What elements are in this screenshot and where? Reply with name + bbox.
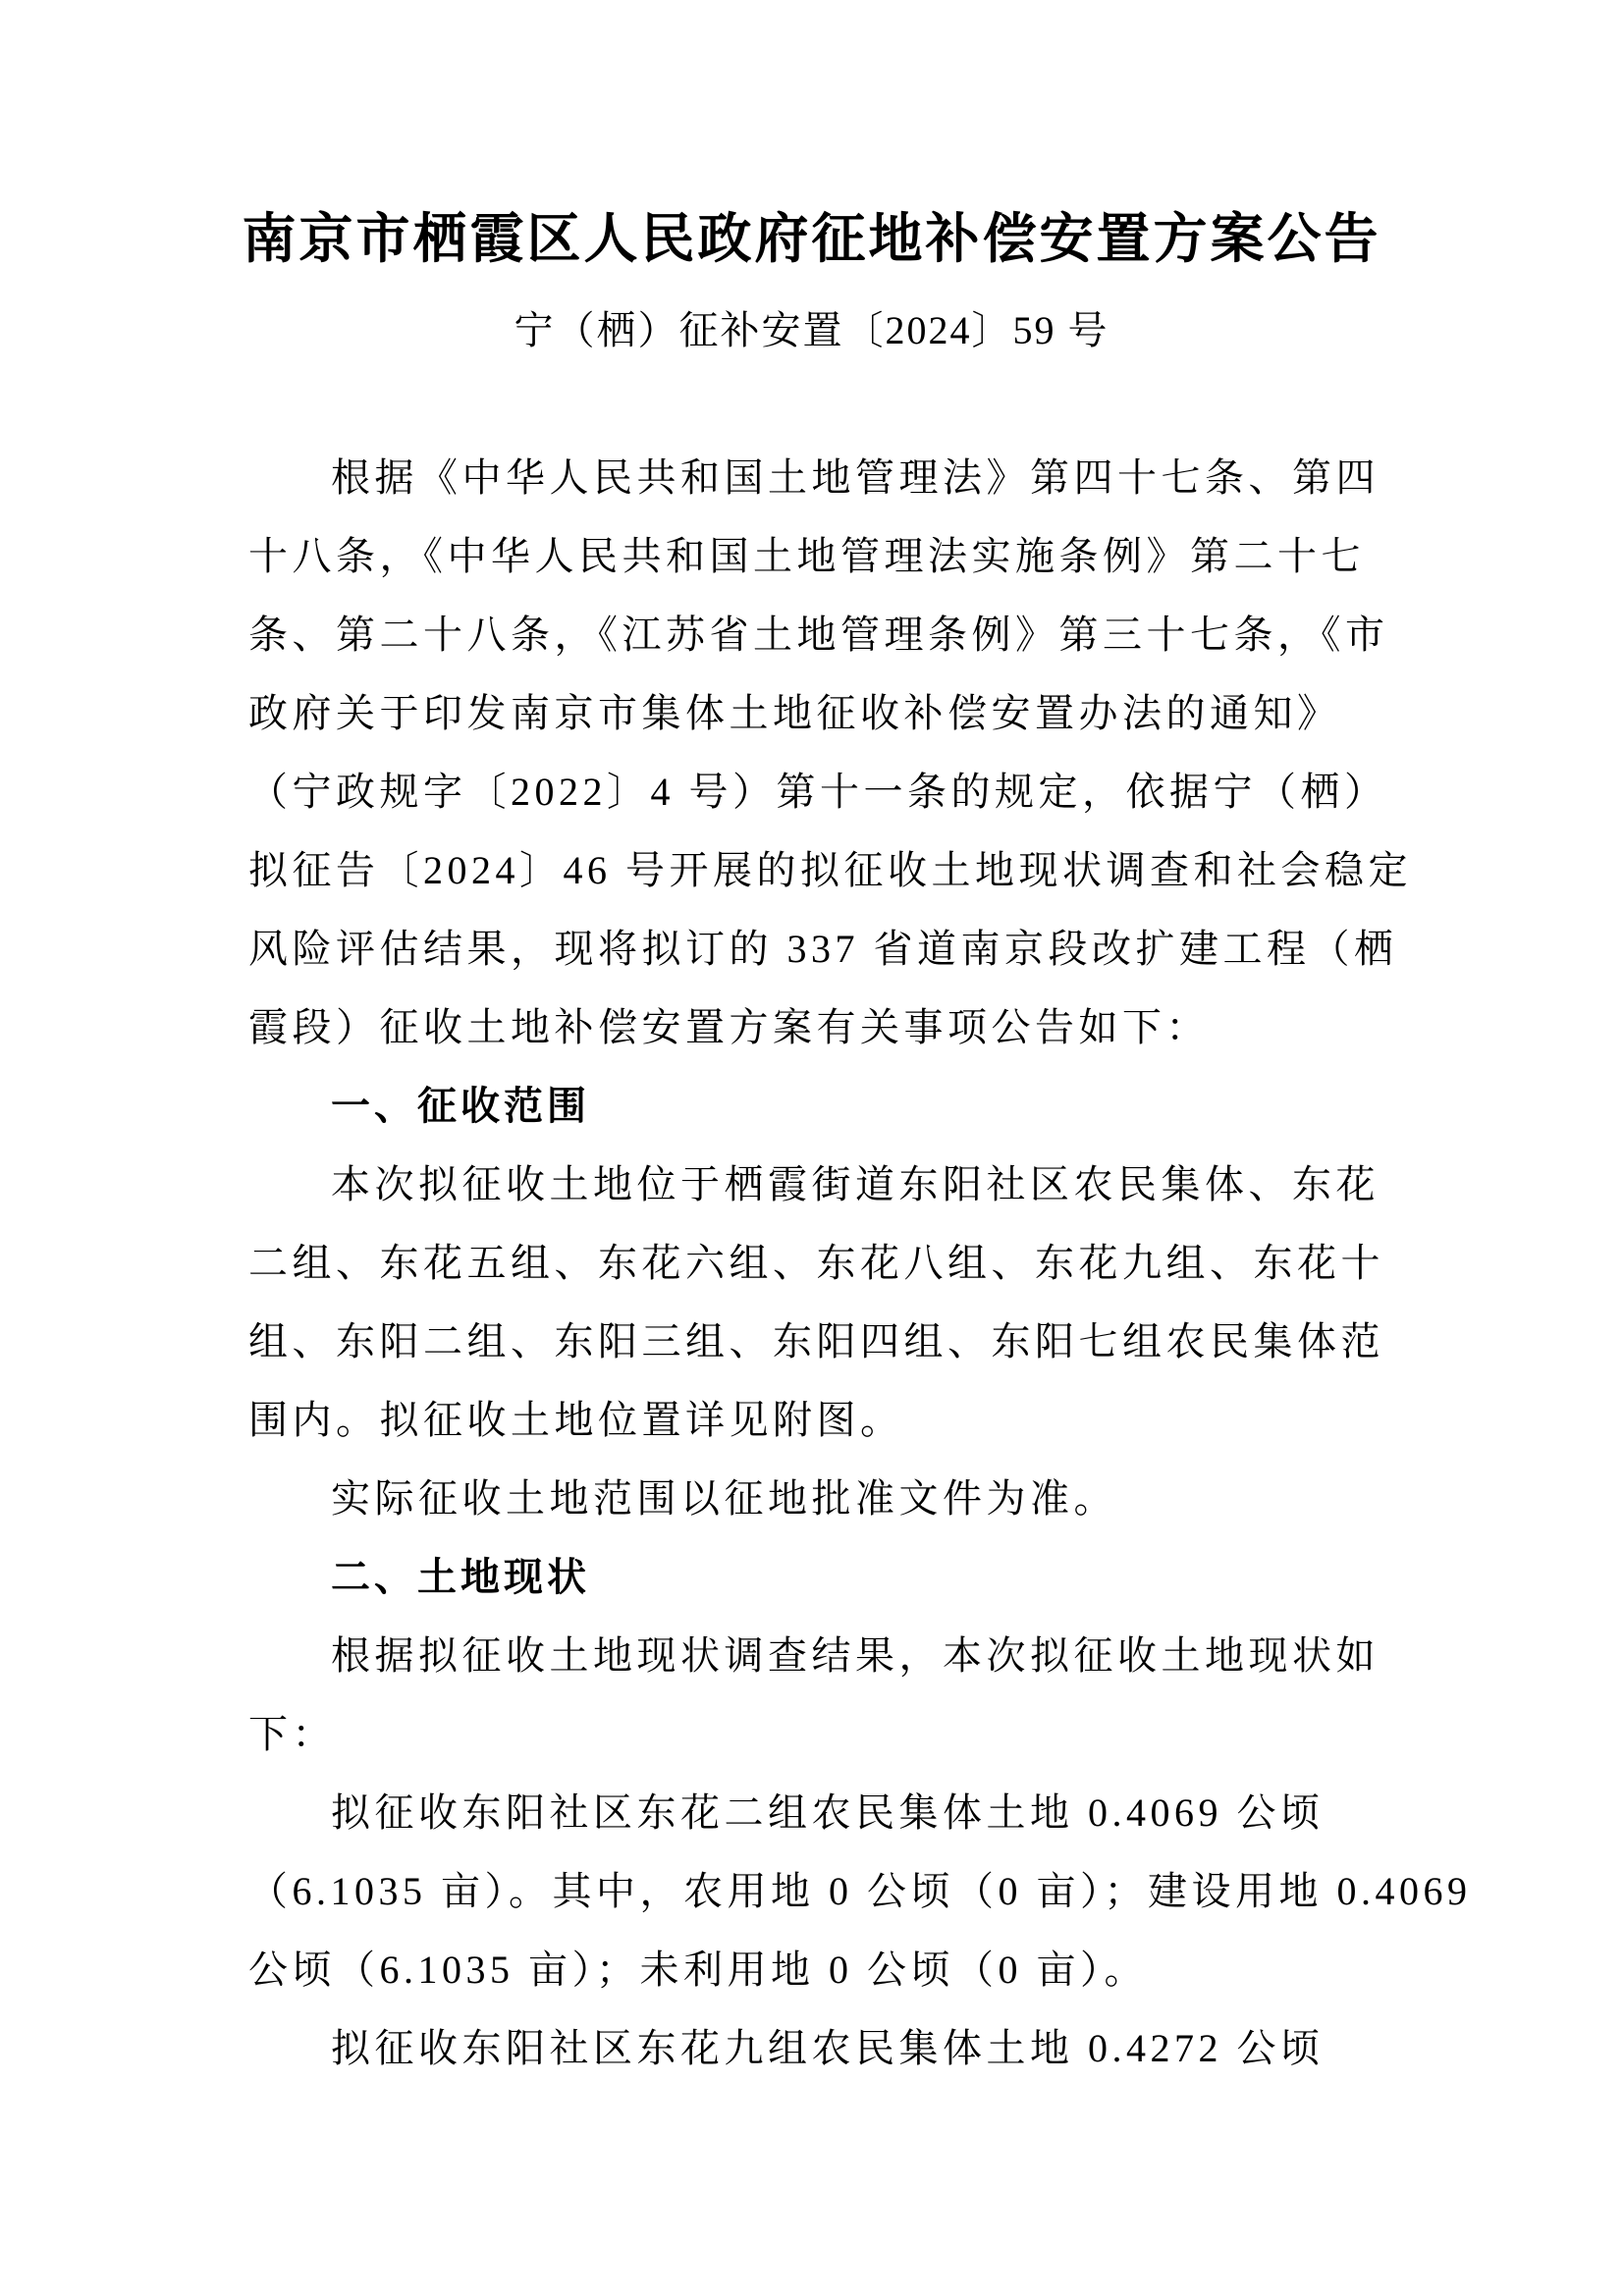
text-line: 组、东阳二组、东阳三组、东阳四组、东阳七组农民集体范 [248, 1303, 1375, 1381]
text-line: 根据《中华人民共和国土地管理法》第四十七条、第四 [248, 439, 1375, 517]
text-line: 十八条，《中华人民共和国土地管理法实施条例》第二十七 [248, 517, 1375, 596]
document-number: 宁（栖）征补安置〔2024〕59 号 [0, 307, 1623, 354]
document-title: 南京市栖霞区人民政府征地补偿安置方案公告 [0, 209, 1623, 270]
paragraph: 拟征收东阳社区东花二组农民集体土地 0.4069 公顷（6.1035 亩）。其中… [248, 1774, 1375, 2009]
text-line: 二组、东花五组、东花六组、东花八组、东花九组、东花十 [248, 1224, 1375, 1303]
section-heading: 二、土地现状 [248, 1538, 1375, 1617]
paragraph: 实际征收土地范围以征地批准文件为准。 [248, 1460, 1375, 1538]
text-line: 实际征收土地范围以征地批准文件为准。 [248, 1460, 1375, 1538]
text-line: （宁政规字〔2022〕4 号）第十一条的规定，依据宁（栖） [248, 753, 1375, 831]
text-line: 本次拟征收土地位于栖霞街道东阳社区农民集体、东花 [248, 1146, 1375, 1224]
paragraph: 根据拟征收土地现状调查结果，本次拟征收土地现状如下： [248, 1617, 1375, 1774]
section-heading: 一、征收范围 [248, 1067, 1375, 1146]
text-line: 风险评估结果，现将拟订的 337 省道南京段改扩建工程（栖 [248, 910, 1375, 988]
text-line: 公顷（6.1035 亩）；未利用地 0 公顷（0 亩）。 [248, 1931, 1375, 2009]
paragraph: 拟征收东阳社区东花九组农民集体土地 0.4272 公顷 [248, 2009, 1375, 2088]
text-line: 政府关于印发南京市集体土地征收补偿安置办法的通知》 [248, 674, 1375, 753]
text-line: 拟征告〔2024〕46 号开展的拟征收土地现状调查和社会稳定 [248, 831, 1375, 910]
paragraph: 根据《中华人民共和国土地管理法》第四十七条、第四十八条，《中华人民共和国土地管理… [248, 439, 1375, 1067]
paragraph: 本次拟征收土地位于栖霞街道东阳社区农民集体、东花二组、东花五组、东花六组、东花八… [248, 1146, 1375, 1460]
text-line: 霞段）征收土地补偿安置方案有关事项公告如下： [248, 988, 1375, 1067]
text-line: 拟征收东阳社区东花二组农民集体土地 0.4069 公顷 [248, 1774, 1375, 1852]
text-line: 拟征收东阳社区东花九组农民集体土地 0.4272 公顷 [248, 2009, 1375, 2088]
text-line: 围内。拟征收土地位置详见附图。 [248, 1381, 1375, 1460]
section: 一、征收范围 [248, 1067, 1375, 1146]
text-line: 条、第二十八条，《江苏省土地管理条例》第三十七条，《市 [248, 596, 1375, 674]
text-line: 根据拟征收土地现状调查结果，本次拟征收土地现状如 [248, 1617, 1375, 1695]
text-line: 下： [248, 1695, 1375, 1774]
section: 二、土地现状 [248, 1538, 1375, 1617]
text-line: （6.1035 亩）。其中，农用地 0 公顷（0 亩）；建设用地 0.4069 [248, 1852, 1375, 1931]
document-body: 根据《中华人民共和国土地管理法》第四十七条、第四十八条，《中华人民共和国土地管理… [248, 439, 1375, 2088]
document-page: 南京市栖霞区人民政府征地补偿安置方案公告 宁（栖）征补安置〔2024〕59 号 … [0, 0, 1623, 2296]
